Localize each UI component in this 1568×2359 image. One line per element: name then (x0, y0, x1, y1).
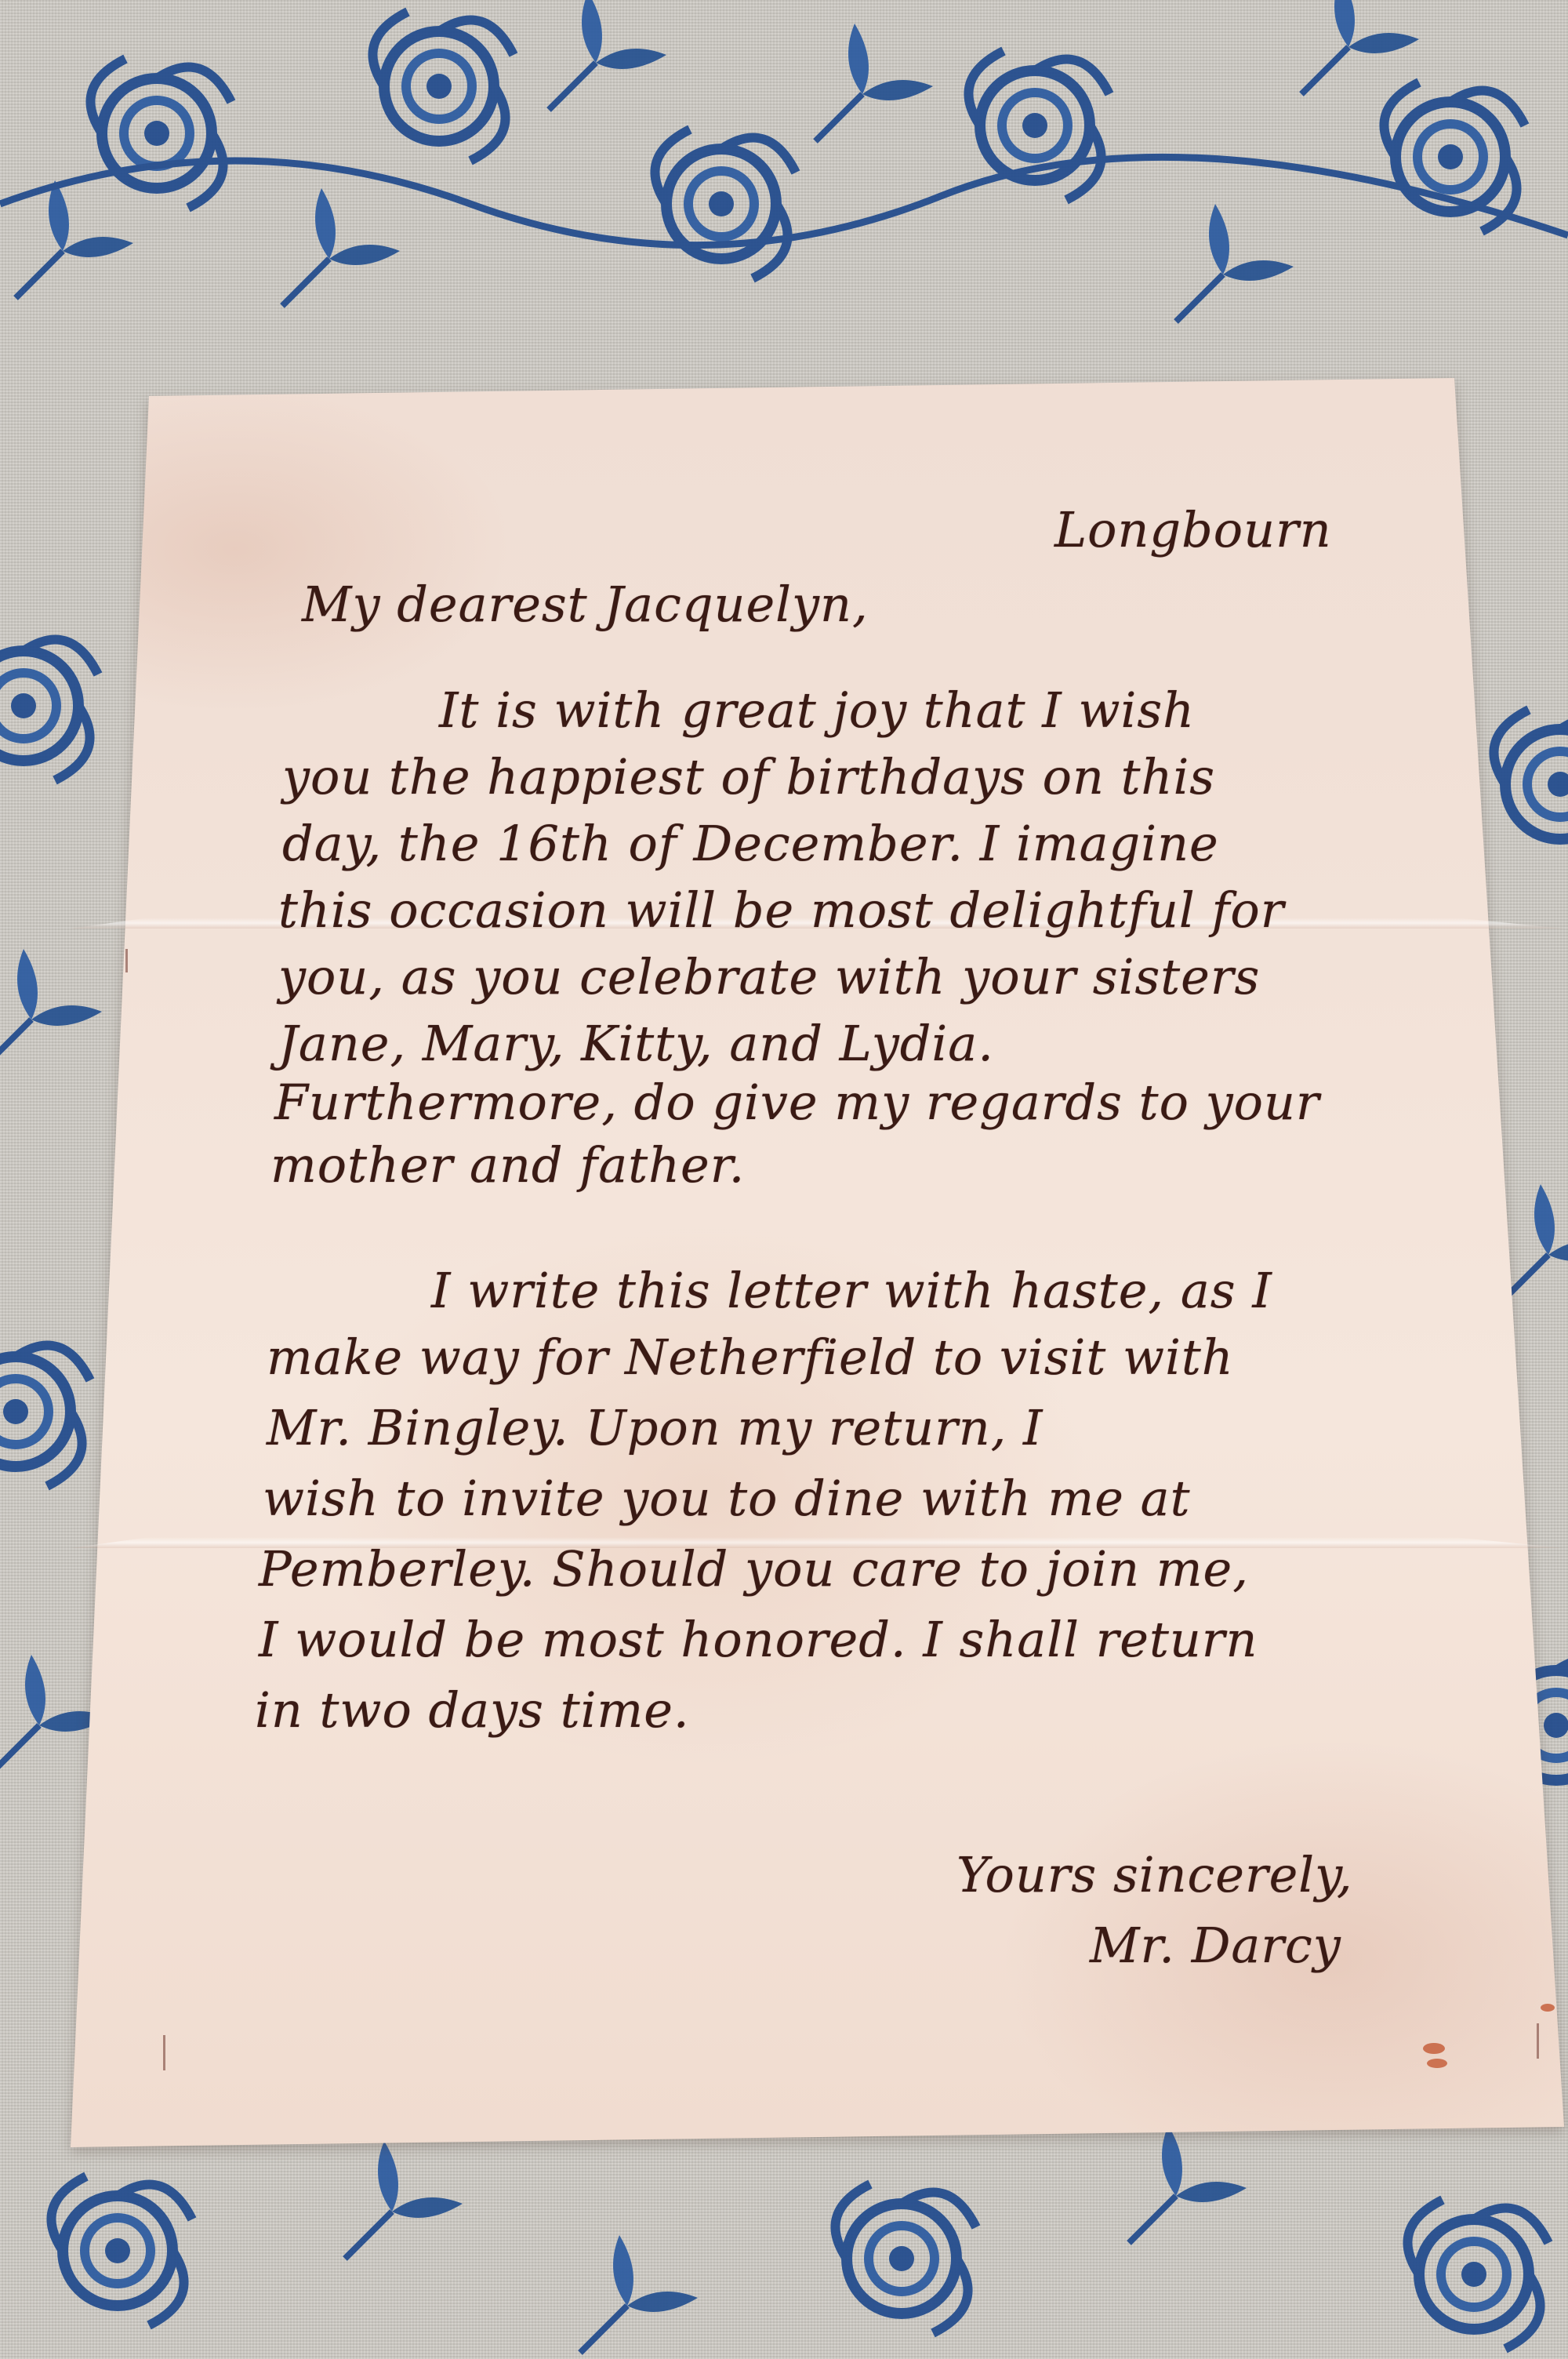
paragraph-line: make way for Netherfield to visit with (267, 1333, 1234, 1382)
paragraph-line: this occasion will be most delightful fo… (278, 886, 1284, 935)
paper-stain (1541, 2004, 1555, 2012)
paragraph-line: I write this letter with haste, as I (431, 1267, 1272, 1315)
paragraph-line: mother and father. (270, 1141, 745, 1190)
paragraph-line: day, the 16th of December. I imagine (282, 820, 1219, 868)
letter-place: Longbourn (1054, 506, 1332, 554)
paragraph-line: Mr. Bingley. Upon my return, I (267, 1404, 1044, 1452)
paragraph-line: you, as you celebrate with your sisters (278, 953, 1260, 1001)
paragraph-line: Pemberley. Should you care to join me, (259, 1545, 1249, 1594)
paragraph-line: I would be most honored. I shall return (259, 1616, 1258, 1664)
paragraph-line: Furthermore, do give my regards to your (274, 1078, 1320, 1127)
crop-mark (125, 949, 128, 972)
letter-closing: Yours sincerely, (956, 1851, 1353, 1899)
paragraph-line: in two days time. (255, 1686, 690, 1735)
letter-signature: Mr. Darcy (1090, 1921, 1341, 1970)
paragraph-line: you the happiest of birthdays on this (282, 753, 1215, 801)
crop-mark (163, 2035, 165, 2070)
paragraph-line: Jane, Mary, Kitty, and Lydia. (278, 1020, 994, 1068)
paper-stain (1427, 2059, 1447, 2068)
crop-mark (1537, 2023, 1539, 2059)
paragraph-line: It is with great joy that I wish (439, 686, 1195, 735)
letter-paper-shadow (0, 0, 1568, 2359)
letter-salutation: My dearest Jacquelyn, (302, 580, 869, 629)
paper-stain (1423, 2043, 1445, 2054)
letter-paper (0, 0, 1568, 2359)
paragraph-line: wish to invite you to dine with me at (263, 1474, 1191, 1523)
